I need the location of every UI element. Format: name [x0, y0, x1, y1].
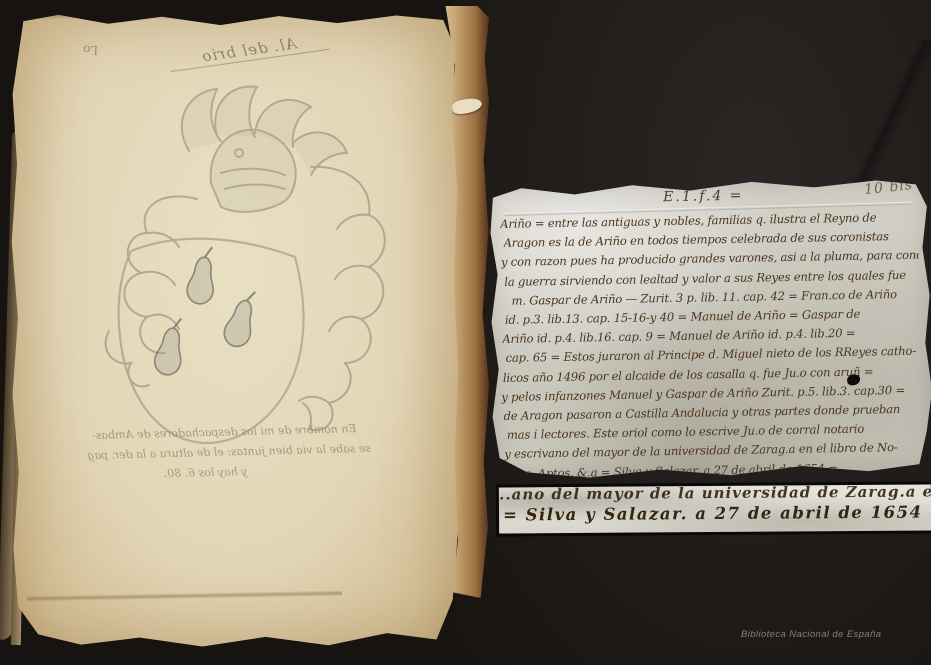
- detail-line: ...ano del mayor de la universidad de Za…: [499, 484, 931, 503]
- scan-backdrop: Lo Al. del brio: [0, 0, 931, 665]
- folio-corner-mark: Lo: [83, 42, 99, 57]
- note-shelfmark: E.1.f.4 =: [592, 186, 814, 207]
- backdrop-fold-crease: [820, 40, 931, 200]
- manuscript-book-page: Lo Al. del brio: [9, 11, 459, 651]
- signature-detail-strip: ...ano del mayor de la universidad de Za…: [499, 484, 931, 533]
- note-text-block: Ariño = entre las antiguas y nobles, fam…: [500, 208, 923, 484]
- detail-line: = Silva y Salazar. a 27 de abril de 1654…: [503, 502, 931, 524]
- ink-showthrough-text: En nombre de mi los despachadores de Amb…: [56, 419, 357, 487]
- pear-charges: [153, 244, 263, 376]
- manuscript-note-scrap: E.1.f.4 = 10 bis Ariño = entre las antig…: [486, 177, 931, 482]
- library-watermark: Biblioteca Nacional de España: [741, 629, 881, 640]
- coat-of-arms-drawing: [89, 81, 399, 451]
- title-showthrough-text: Al. del brio: [168, 30, 329, 72]
- showthrough-line: y hay los 6. 80.: [57, 462, 247, 487]
